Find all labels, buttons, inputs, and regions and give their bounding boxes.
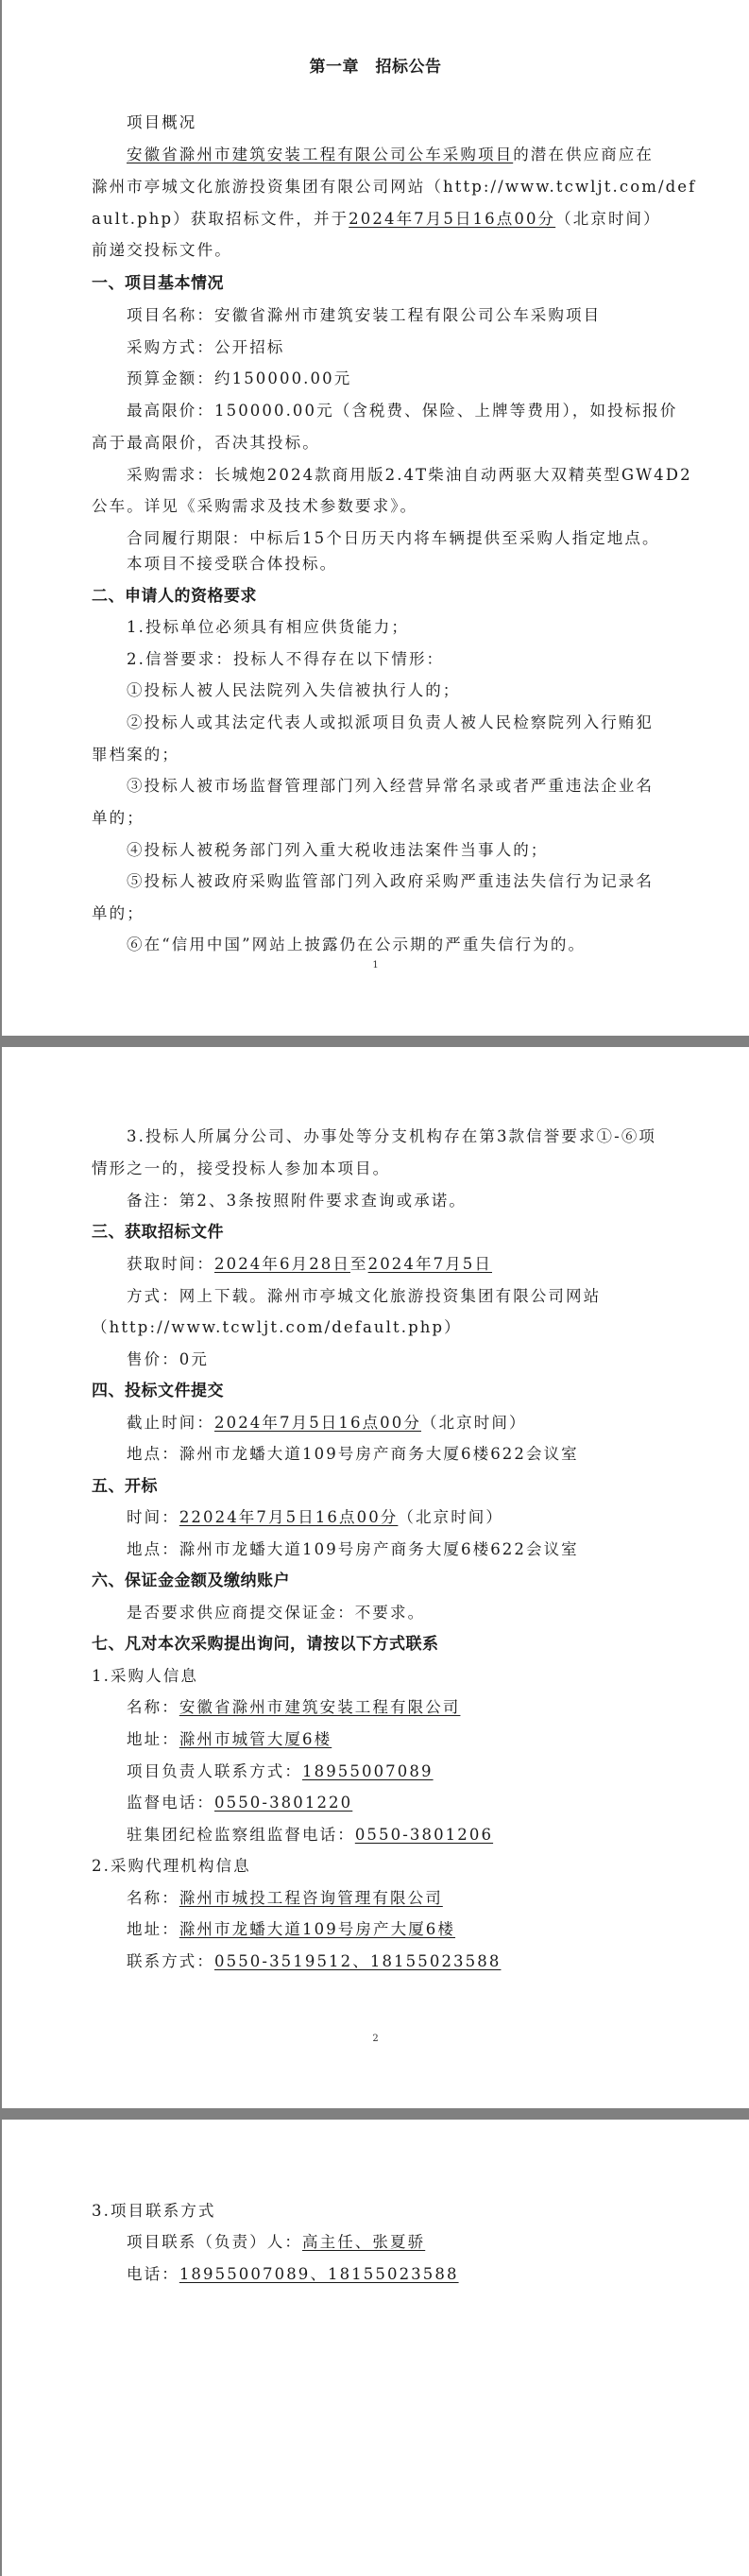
agency-address: 地址：滁州市龙蟠大道109号房产大厦6楼 — [2, 1915, 749, 1944]
project-contact-heading: 3.项目联系方式 — [2, 2197, 749, 2225]
requirement-3-cont: 情形之一的，接受投标人参加本项目。 — [2, 1155, 749, 1183]
contract-term: 合同履行期限：中标后15个日历天内将车辆提供至采购人指定地点。 — [2, 524, 749, 553]
obtain-method-url: （http://www.tcwljt.com/default.php） — [2, 1314, 749, 1342]
page-3: 3.项目联系方式 项目联系（负责）人：高主任、张夏骄 电话：1895500708… — [2, 2120, 749, 2576]
consortium-note: 本项目不接受联合体投标。 — [2, 550, 749, 578]
budget-amount: 预算金额：约150000.00元 — [2, 365, 749, 393]
section-2-heading: 二、申请人的资格要求 — [2, 582, 749, 610]
credit-condition-2-cont: 罪档案的； — [2, 741, 749, 769]
obtain-method: 方式：网上下载。滁州市亭城文化旅游投资集团有限公司网站 — [2, 1282, 749, 1311]
agency-contact: 联系方式：0550-3519512、18155023588 — [2, 1948, 749, 1976]
credit-condition-2: ②投标人或其法定代表人或拟派项目负责人被人民检察院列入行贿犯 — [2, 709, 749, 737]
procurement-demand-cont: 公车。详见《采购需求及技术参数要求》。 — [2, 492, 749, 521]
requirement-2: 2.信誉要求：投标人不得存在以下情形： — [2, 645, 749, 674]
credit-condition-5-cont: 单的； — [2, 900, 749, 928]
page-separator — [0, 2108, 749, 2120]
overview-paragraph-line: 安徽省滁州市建筑安装工程有限公司公车采购项目的潜在供应商应在 — [2, 141, 749, 169]
requirement-1: 1.投标单位必须具有相应供货能力； — [2, 613, 749, 642]
page-number: 2 — [2, 2034, 749, 2045]
procurement-demand: 采购需求：长城炮2024款商用版2.4T柴油自动两驱大双精英型GW4D2 — [2, 461, 749, 489]
obtain-time: 获取时间：2024年6月28日至2024年7月5日 — [2, 1250, 749, 1279]
purchaser-name: 名称：安徽省滁州市建筑安装工程有限公司 — [2, 1693, 749, 1722]
agency-info-heading: 2.采购代理机构信息 — [2, 1852, 749, 1880]
max-price-cont: 高于最高限价，否决其投标。 — [2, 429, 749, 457]
discipline-phone: 驻集团纪检监察组监督电话：0550-3801206 — [2, 1821, 749, 1849]
overview-paragraph-line: 滁州市亭城文化旅游投资集团有限公司网站（http://www.tcwljt.co… — [2, 173, 749, 201]
section-6-heading: 六、保证金金额及缴纳账户 — [2, 1567, 749, 1595]
agency-name: 名称：滁州市城投工程咨询管理有限公司 — [2, 1884, 749, 1913]
chapter-title: 第一章 招标公告 — [2, 53, 749, 77]
section-7-heading: 七、凡对本次采购提出询问，请按以下方式联系 — [2, 1630, 749, 1658]
section-5-heading: 五、开标 — [2, 1472, 749, 1501]
project-name: 项目名称：安徽省滁州市建筑安装工程有限公司公车采购项目 — [2, 301, 749, 330]
purchaser-address: 地址：滁州市城管大厦6楼 — [2, 1726, 749, 1754]
max-price: 最高限价：150000.00元（含税费、保险、上牌等费用），如投标报价 — [2, 397, 749, 425]
document-price: 售价：0元 — [2, 1346, 749, 1374]
purchaser-info-heading: 1.采购人信息 — [2, 1662, 749, 1691]
project-lead-contact: 项目负责人联系方式：18955007089 — [2, 1758, 749, 1786]
opening-location: 地点：滁州市龙蟠大道109号房产商务大厦6楼622会议室 — [2, 1536, 749, 1564]
deposit-requirement: 是否要求供应商提交保证金：不要求。 — [2, 1599, 749, 1627]
project-name-link-text: 安徽省滁州市建筑安装工程有限公司公车采购项目 — [127, 146, 513, 163]
opening-time: 时间：22024年7月5日16点00分（北京时间） — [2, 1503, 749, 1532]
submission-location: 地点：滁州市龙蟠大道109号房产商务大厦6楼622会议室 — [2, 1440, 749, 1468]
page-separator — [0, 1036, 749, 1047]
page-number: 1 — [2, 960, 749, 971]
submission-deadline: 截止时间：2024年7月5日16点00分（北京时间） — [2, 1409, 749, 1437]
credit-condition-6: ⑥在“信用中国”网站上披露仍在公示期的严重失信行为的。 — [2, 931, 749, 959]
project-contact-person: 项目联系（负责）人：高主任、张夏骄 — [2, 2228, 749, 2257]
credit-condition-3: ③投标人被市场监督管理部门列入经营异常名录或者严重违法企业名 — [2, 772, 749, 800]
section-4-heading: 四、投标文件提交 — [2, 1377, 749, 1405]
overview-paragraph-line: ault.php）获取招标文件，并于2024年7月5日16点00分（北京时间） — [2, 205, 749, 233]
requirement-note: 备注：第2、3条按照附件要求查询或承诺。 — [2, 1187, 749, 1215]
page-2: 3.投标人所属分公司、办事处等分支机构存在第3款信誉要求①-⑥项 情形之一的，接… — [2, 1047, 749, 2108]
credit-condition-1: ①投标人被人民法院列入失信被执行人的； — [2, 677, 749, 705]
page-1: 第一章 招标公告 项目概况 安徽省滁州市建筑安装工程有限公司公车采购项目的潜在供… — [2, 0, 749, 1036]
overview-paragraph-line: 前递交投标文件。 — [2, 236, 749, 265]
procurement-method: 采购方式：公开招标 — [2, 334, 749, 362]
requirement-3: 3.投标人所属分公司、办事处等分支机构存在第3款信誉要求①-⑥项 — [2, 1123, 749, 1151]
credit-condition-4: ④投标人被税务部门列入重大税收违法案件当事人的； — [2, 836, 749, 865]
overview-heading: 项目概况 — [2, 109, 749, 137]
supervision-phone: 监督电话：0550-3801220 — [2, 1789, 749, 1817]
section-1-heading: 一、项目基本情况 — [2, 269, 749, 298]
section-3-heading: 三、获取招标文件 — [2, 1218, 749, 1246]
project-contact-phone: 电话：18955007089、18155023588 — [2, 2260, 749, 2289]
credit-condition-5: ⑤投标人被政府采购监管部门列入政府采购严重违法失信行为记录名 — [2, 867, 749, 896]
deadline-underlined: 2024年7月5日16点00分 — [349, 210, 555, 228]
credit-condition-3-cont: 单的； — [2, 804, 749, 833]
